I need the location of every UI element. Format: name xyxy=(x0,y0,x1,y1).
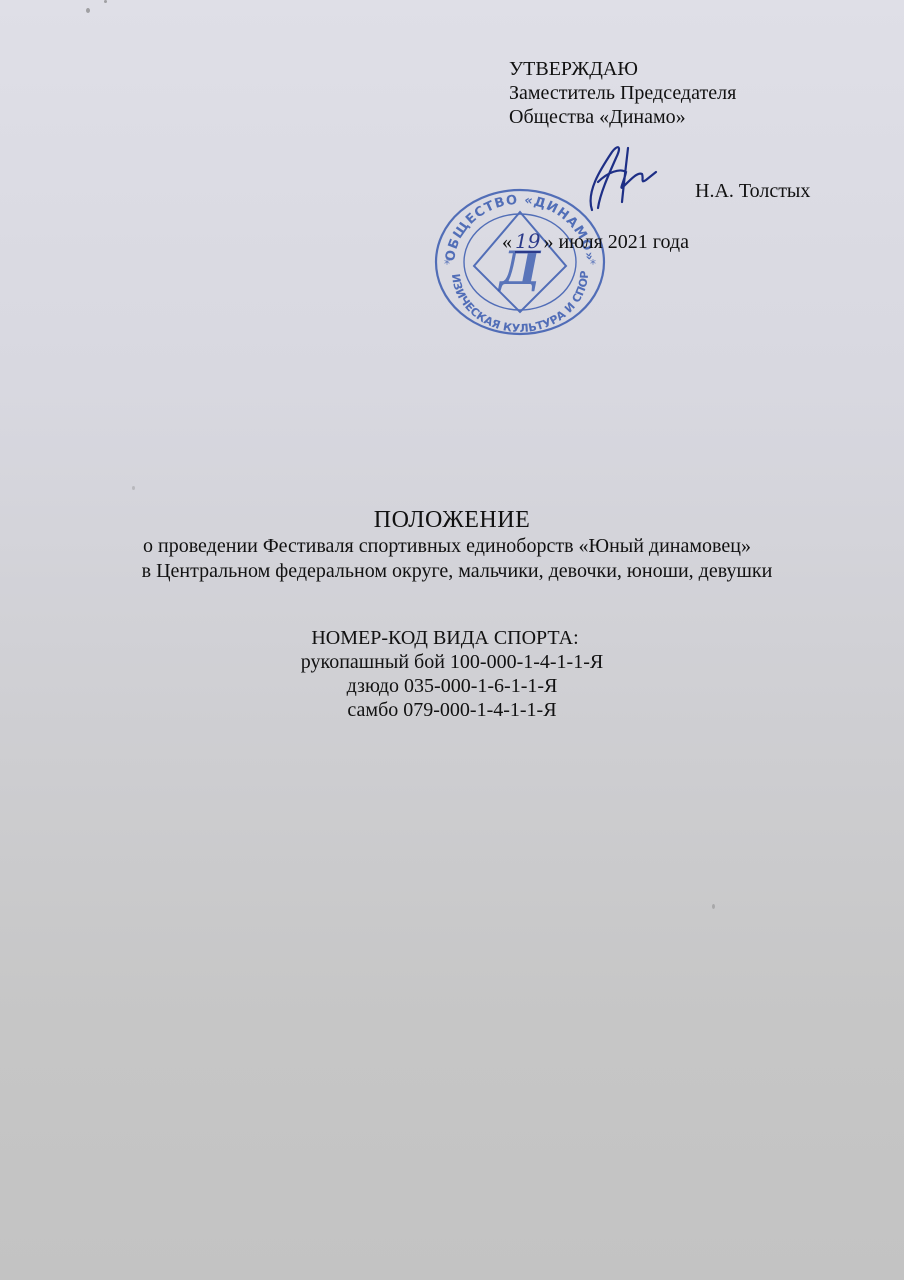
scan-speck xyxy=(86,8,90,13)
signer-name: Н.А. Толстых xyxy=(695,180,810,203)
document-subtitle-line2: в Центральном федеральном округе, мальчи… xyxy=(10,559,904,584)
document-subtitle-line1: о проведении Фестиваля спортивных единоб… xyxy=(0,534,904,559)
scan-speck xyxy=(712,904,715,909)
date-day-handwritten: 19 xyxy=(512,229,543,253)
sport-code-item: рукопашный бой 100-000-1-4-1-1-Я xyxy=(0,650,904,674)
svg-text:*: * xyxy=(444,257,450,271)
sport-code-item: дзюдо 035-000-1-6-1-1-Я xyxy=(0,674,904,698)
document-page: УТВЕРЖДАЮ Заместитель Председателя Общес… xyxy=(0,0,904,1280)
date-open-quote: « xyxy=(502,231,512,253)
approver-position-line2: Общества «Динамо» xyxy=(509,105,736,129)
sport-codes-heading: НОМЕР-КОД ВИДА СПОРТА: xyxy=(0,626,904,650)
date-month-year: » июля 2021 года xyxy=(543,231,689,253)
approver-position-line1: Заместитель Председателя xyxy=(509,81,736,105)
scan-speck xyxy=(132,486,135,490)
sport-code-item: самбо 079-000-1-4-1-1-Я xyxy=(0,698,904,722)
organization-stamp-icon: ОБЩЕСТВО «ДИНАМО» ФИЗИЧЕСКАЯ КУЛЬТУРА И … xyxy=(432,186,608,336)
approval-heading: УТВЕРЖДАЮ xyxy=(509,57,736,81)
document-title-block: ПОЛОЖЕНИЕ о проведении Фестиваля спортив… xyxy=(0,506,904,584)
document-title: ПОЛОЖЕНИЕ xyxy=(0,506,904,534)
svg-text:*: * xyxy=(590,257,596,271)
sport-codes-block: НОМЕР-КОД ВИДА СПОРТА: рукопашный бой 10… xyxy=(0,626,904,722)
approval-block: УТВЕРЖДАЮ Заместитель Председателя Общес… xyxy=(509,57,736,129)
approval-date: «19» июля 2021 года xyxy=(502,229,689,254)
scan-speck xyxy=(104,0,107,3)
